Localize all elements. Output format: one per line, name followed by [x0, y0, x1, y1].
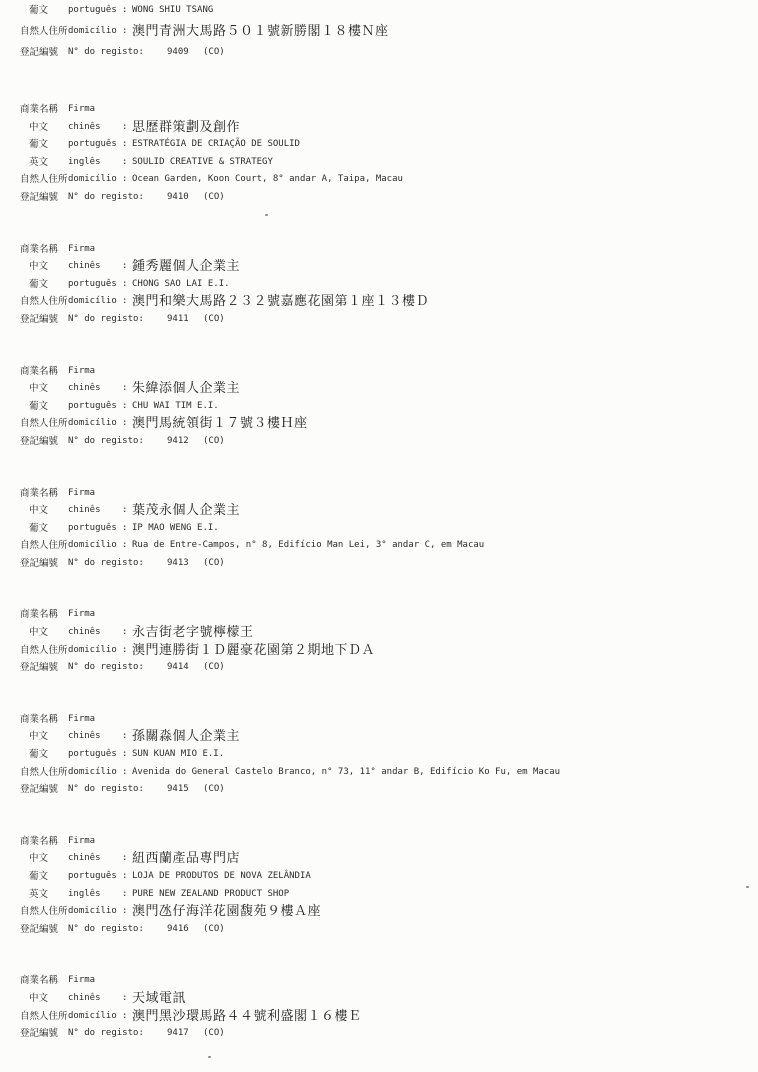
- label-zh: 中文: [29, 728, 48, 746]
- field-value: LOJA DE PRODUTOS DE NOVA ZELÂNDIA: [132, 868, 311, 886]
- field-value: 澳門青洲大馬路５０１號新勝閣１８樓Ｎ座: [132, 21, 389, 42]
- registry-page: 葡文português:WONG SHIU TSANG自然人住所domicíli…: [0, 0, 758, 1072]
- separator-colon: :: [122, 642, 127, 660]
- label-pt: domicílio: [68, 1008, 117, 1026]
- separator-colon: :: [122, 764, 127, 782]
- label-zh: 商業名稱: [20, 711, 58, 729]
- label-pt: chinês: [68, 850, 101, 868]
- domicile-row: 自然人住所domicílio:Ocean Garden, Koon Court,…: [0, 171, 758, 189]
- separator-colon: :: [122, 380, 127, 398]
- field-value: SOULID CREATIVE & STRATEGY: [132, 154, 273, 172]
- label-zh: 商業名稱: [20, 606, 58, 624]
- label-pt: Firma: [68, 972, 95, 990]
- separator-colon: :: [122, 258, 127, 276]
- registration-number: 9409: [167, 42, 189, 63]
- field-value: 澳門馬統領街１７號３樓Ｈ座: [132, 415, 308, 433]
- label-zh: 登記編號: [20, 42, 58, 63]
- label-pt: Firma: [68, 101, 95, 119]
- field-value: 鍾秀麗個人企業主: [132, 258, 240, 276]
- registration-row: 登記編號N° do registo:9416(CO): [0, 921, 758, 939]
- separator-colon: :: [122, 415, 127, 433]
- separator-colon: :: [122, 502, 127, 520]
- scan-speck: [746, 886, 749, 888]
- field-value: 澳門連勝街１Ｄ麗豪花園第２期地下ＤＡ: [132, 642, 375, 660]
- label-pt: Firma: [68, 485, 95, 503]
- label-pt: N° do registo:: [68, 189, 144, 207]
- registration-number: 9411: [167, 311, 189, 329]
- label-pt: Firma: [68, 833, 95, 851]
- label-zh: 葡文: [29, 276, 48, 294]
- english-row: 英文inglês:SOULID CREATIVE & STRATEGY: [0, 154, 758, 172]
- header-row: 商業名稱Firma: [0, 972, 758, 990]
- registration-row: 登記編號N° do registo:9417(CO): [0, 1025, 758, 1043]
- registry-entry: 商業名稱Firma中文chinês:思歷群策劃及創作葡文português:ES…: [0, 101, 758, 207]
- registry-entry: 商業名稱Firma中文chinês:紐西蘭產品專門店葡文português:LO…: [0, 833, 758, 939]
- separator-colon: :: [122, 886, 127, 904]
- registry-entries: 葡文português:WONG SHIU TSANG自然人住所domicíli…: [0, 0, 758, 1043]
- separator-colon: :: [122, 119, 127, 137]
- registration-suffix: (CO): [203, 659, 225, 677]
- field-value: 思歷群策劃及創作: [132, 119, 240, 137]
- chinese-row: 中文chinês:鍾秀麗個人企業主: [0, 258, 758, 276]
- domicile-row: 自然人住所domicílio:澳門青洲大馬路５０１號新勝閣１８樓Ｎ座: [0, 21, 758, 42]
- header-row: 商業名稱Firma: [0, 101, 758, 119]
- registration-suffix: (CO): [203, 311, 225, 329]
- label-zh: 登記編號: [20, 921, 58, 939]
- label-zh: 商業名稱: [20, 972, 58, 990]
- field-value: Rua de Entre-Campos, n° 8, Edifício Man …: [132, 537, 484, 555]
- portuguese-row: 葡文português:SUN KUAN MIO E.I.: [0, 746, 758, 764]
- registration-row: 登記編號N° do registo:9413(CO): [0, 555, 758, 573]
- domicile-row: 自然人住所domicílio:澳門連勝街１Ｄ麗豪花園第２期地下ＤＡ: [0, 642, 758, 660]
- label-zh: 自然人住所: [20, 293, 68, 311]
- label-zh: 英文: [29, 154, 48, 172]
- registration-number: 9412: [167, 433, 189, 451]
- label-zh: 自然人住所: [20, 903, 68, 921]
- registry-entry: 商業名稱Firma中文chinês:鍾秀麗個人企業主葡文português:CH…: [0, 241, 758, 329]
- label-zh: 商業名稱: [20, 101, 58, 119]
- registration-row: 登記編號N° do registo:9410(CO): [0, 189, 758, 207]
- separator-colon: :: [122, 1008, 127, 1026]
- label-zh: 登記編號: [20, 659, 58, 677]
- label-pt: português: [68, 276, 117, 294]
- field-value: PURE NEW ZEALAND PRODUCT SHOP: [132, 886, 289, 904]
- label-zh: 自然人住所: [20, 171, 68, 189]
- registration-suffix: (CO): [203, 555, 225, 573]
- header-row: 商業名稱Firma: [0, 833, 758, 851]
- registry-entry: 商業名稱Firma中文chinês:朱緯添個人企業主葡文português:CH…: [0, 363, 758, 451]
- domicile-row: 自然人住所domicílio:澳門和樂大馬路２３２號嘉應花園第１座１３樓Ｄ: [0, 293, 758, 311]
- chinese-row: 中文chinês:思歷群策劃及創作: [0, 119, 758, 137]
- portuguese-row: 葡文português:CHONG SAO LAI E.I.: [0, 276, 758, 294]
- chinese-row: 中文chinês:朱緯添個人企業主: [0, 380, 758, 398]
- domicile-row: 自然人住所domicílio:澳門黑沙環馬路４４號利盛閣１６樓Ｅ: [0, 1008, 758, 1026]
- label-pt: chinês: [68, 258, 101, 276]
- field-value: Avenida do General Castelo Branco, n° 73…: [132, 764, 560, 782]
- field-value: 澳門和樂大馬路２３２號嘉應花園第１座１３樓Ｄ: [132, 293, 429, 311]
- registration-suffix: (CO): [203, 921, 225, 939]
- label-zh: 中文: [29, 119, 48, 137]
- field-value: 葉茂永個人企業主: [132, 502, 240, 520]
- label-pt: N° do registo:: [68, 659, 144, 677]
- registration-row: 登記編號N° do registo:9411(CO): [0, 311, 758, 329]
- registry-entry: 商業名稱Firma中文chinês:葉茂永個人企業主葡文português:IP…: [0, 485, 758, 573]
- registration-number: 9414: [167, 659, 189, 677]
- label-pt: N° do registo:: [68, 42, 144, 63]
- label-pt: domicílio: [68, 764, 117, 782]
- label-zh: 商業名稱: [20, 833, 58, 851]
- registration-row: 登記編號N° do registo:9414(CO): [0, 659, 758, 677]
- separator-colon: :: [122, 537, 127, 555]
- label-pt: domicílio: [68, 293, 117, 311]
- separator-colon: :: [122, 746, 127, 764]
- label-zh: 商業名稱: [20, 241, 58, 259]
- label-zh: 中文: [29, 502, 48, 520]
- field-value: 朱緯添個人企業主: [132, 380, 240, 398]
- label-zh: 自然人住所: [20, 764, 68, 782]
- field-value: ESTRATÉGIA DE CRIAÇÃO DE SOULID: [132, 136, 300, 154]
- label-pt: N° do registo:: [68, 311, 144, 329]
- label-pt: domicílio: [68, 415, 117, 433]
- chinese-row: 中文chinês:葉茂永個人企業主: [0, 502, 758, 520]
- chinese-row: 中文chinês:天域電訊: [0, 990, 758, 1008]
- scan-speck: [208, 1056, 211, 1058]
- chinese-row: 中文chinês:永吉街老字號檸檬王: [0, 624, 758, 642]
- field-value: 紐西蘭產品專門店: [132, 850, 240, 868]
- field-value: WONG SHIU TSANG: [132, 0, 213, 21]
- separator-colon: :: [122, 990, 127, 1008]
- separator-colon: :: [122, 154, 127, 172]
- label-pt: Firma: [68, 711, 95, 729]
- label-zh: 葡文: [29, 746, 48, 764]
- chinese-row: 中文chinês:孫關淼個人企業主: [0, 728, 758, 746]
- label-zh: 葡文: [29, 136, 48, 154]
- label-pt: português: [68, 520, 117, 538]
- registration-number: 9416: [167, 921, 189, 939]
- registration-suffix: (CO): [203, 42, 225, 63]
- registration-row: 登記編號N° do registo:9415(CO): [0, 781, 758, 799]
- registration-suffix: (CO): [203, 433, 225, 451]
- label-zh: 英文: [29, 886, 48, 904]
- field-value: IP MAO WENG E.I.: [132, 520, 219, 538]
- field-value: CHONG SAO LAI E.I.: [132, 276, 230, 294]
- label-zh: 葡文: [29, 398, 48, 416]
- separator-colon: :: [122, 21, 127, 42]
- domicile-row: 自然人住所domicílio:澳門氹仔海洋花園馥苑９樓Ａ座: [0, 903, 758, 921]
- label-pt: domicílio: [68, 21, 117, 42]
- label-pt: N° do registo:: [68, 1025, 144, 1043]
- label-pt: domicílio: [68, 171, 117, 189]
- label-pt: domicílio: [68, 537, 117, 555]
- separator-colon: :: [122, 171, 127, 189]
- label-pt: domicílio: [68, 903, 117, 921]
- field-value: 永吉街老字號檸檬王: [132, 624, 254, 642]
- field-value: CHU WAI TIM E.I.: [132, 398, 219, 416]
- label-zh: 登記編號: [20, 311, 58, 329]
- separator-colon: :: [122, 624, 127, 642]
- label-zh: 中文: [29, 380, 48, 398]
- label-zh: 登記編號: [20, 555, 58, 573]
- separator-colon: :: [122, 136, 127, 154]
- header-row: 商業名稱Firma: [0, 711, 758, 729]
- portuguese-row: 葡文português:CHU WAI TIM E.I.: [0, 398, 758, 416]
- label-pt: chinês: [68, 990, 101, 1008]
- label-pt: português: [68, 746, 117, 764]
- label-zh: 中文: [29, 990, 48, 1008]
- domicile-row: 自然人住所domicílio:澳門馬統領街１７號３樓Ｈ座: [0, 415, 758, 433]
- label-zh: 葡文: [29, 0, 48, 21]
- label-zh: 葡文: [29, 868, 48, 886]
- registration-suffix: (CO): [203, 781, 225, 799]
- label-pt: domicílio: [68, 642, 117, 660]
- label-pt: N° do registo:: [68, 433, 144, 451]
- label-pt: Firma: [68, 606, 95, 624]
- label-zh: 中文: [29, 258, 48, 276]
- label-zh: 自然人住所: [20, 537, 68, 555]
- separator-colon: :: [122, 398, 127, 416]
- label-pt: português: [68, 136, 117, 154]
- label-pt: Firma: [68, 363, 95, 381]
- label-zh: 登記編號: [20, 1025, 58, 1043]
- registry-entry: 商業名稱Firma中文chinês:天域電訊自然人住所domicílio:澳門黑…: [0, 972, 758, 1042]
- registry-entry: 商業名稱Firma中文chinês:孫關淼個人企業主葡文português:SU…: [0, 711, 758, 799]
- label-zh: 商業名稱: [20, 485, 58, 503]
- field-value: SUN KUAN MIO E.I.: [132, 746, 224, 764]
- english-row: 英文inglês:PURE NEW ZEALAND PRODUCT SHOP: [0, 886, 758, 904]
- field-value: 澳門黑沙環馬路４４號利盛閣１６樓Ｅ: [132, 1008, 362, 1026]
- registration-number: 9417: [167, 1025, 189, 1043]
- label-pt: português: [68, 0, 117, 21]
- label-zh: 自然人住所: [20, 415, 68, 433]
- scan-speck: [265, 214, 268, 216]
- label-zh: 中文: [29, 624, 48, 642]
- label-pt: inglês: [68, 154, 101, 172]
- domicile-row: 自然人住所domicílio:Rua de Entre-Campos, n° 8…: [0, 537, 758, 555]
- separator-colon: :: [122, 868, 127, 886]
- registration-suffix: (CO): [203, 189, 225, 207]
- separator-colon: :: [122, 293, 127, 311]
- field-value: 天域電訊: [132, 990, 186, 1008]
- label-zh: 葡文: [29, 520, 48, 538]
- label-zh: 中文: [29, 850, 48, 868]
- label-zh: 自然人住所: [20, 642, 68, 660]
- label-zh: 登記編號: [20, 189, 58, 207]
- label-pt: chinês: [68, 728, 101, 746]
- registration-number: 9415: [167, 781, 189, 799]
- portuguese-row: 葡文português:WONG SHIU TSANG: [0, 0, 758, 21]
- label-zh: 自然人住所: [20, 1008, 68, 1026]
- label-pt: chinês: [68, 380, 101, 398]
- header-row: 商業名稱Firma: [0, 485, 758, 503]
- label-zh: 商業名稱: [20, 363, 58, 381]
- registration-number: 9413: [167, 555, 189, 573]
- registration-number: 9410: [167, 189, 189, 207]
- label-pt: N° do registo:: [68, 555, 144, 573]
- header-row: 商業名稱Firma: [0, 606, 758, 624]
- portuguese-row: 葡文português:LOJA DE PRODUTOS DE NOVA ZEL…: [0, 868, 758, 886]
- label-zh: 自然人住所: [20, 21, 68, 42]
- header-row: 商業名稱Firma: [0, 363, 758, 381]
- separator-colon: :: [122, 276, 127, 294]
- separator-colon: :: [122, 520, 127, 538]
- label-pt: N° do registo:: [68, 781, 144, 799]
- label-pt: chinês: [68, 624, 101, 642]
- registry-entry: 商業名稱Firma中文chinês:永吉街老字號檸檬王自然人住所domicíli…: [0, 606, 758, 676]
- label-pt: português: [68, 868, 117, 886]
- registration-row: 登記編號N° do registo:9412(CO): [0, 433, 758, 451]
- registration-suffix: (CO): [203, 1025, 225, 1043]
- separator-colon: :: [122, 0, 127, 21]
- field-value: 孫關淼個人企業主: [132, 728, 240, 746]
- registry-entry: 葡文português:WONG SHIU TSANG自然人住所domicíli…: [0, 0, 758, 63]
- chinese-row: 中文chinês:紐西蘭產品專門店: [0, 850, 758, 868]
- separator-colon: :: [122, 850, 127, 868]
- registration-row: 登記編號N° do registo:9409(CO): [0, 42, 758, 63]
- label-pt: Firma: [68, 241, 95, 259]
- label-pt: inglês: [68, 886, 101, 904]
- domicile-row: 自然人住所domicílio:Avenida do General Castel…: [0, 764, 758, 782]
- label-pt: chinês: [68, 119, 101, 137]
- field-value: 澳門氹仔海洋花園馥苑９樓Ａ座: [132, 903, 321, 921]
- portuguese-row: 葡文português:IP MAO WENG E.I.: [0, 520, 758, 538]
- label-zh: 登記編號: [20, 781, 58, 799]
- header-row: 商業名稱Firma: [0, 241, 758, 259]
- field-value: Ocean Garden, Koon Court, 8° andar A, Ta…: [132, 171, 403, 189]
- label-pt: N° do registo:: [68, 921, 144, 939]
- label-pt: português: [68, 398, 117, 416]
- separator-colon: :: [122, 903, 127, 921]
- label-pt: chinês: [68, 502, 101, 520]
- label-zh: 登記編號: [20, 433, 58, 451]
- separator-colon: :: [122, 728, 127, 746]
- portuguese-row: 葡文português:ESTRATÉGIA DE CRIAÇÃO DE SOU…: [0, 136, 758, 154]
